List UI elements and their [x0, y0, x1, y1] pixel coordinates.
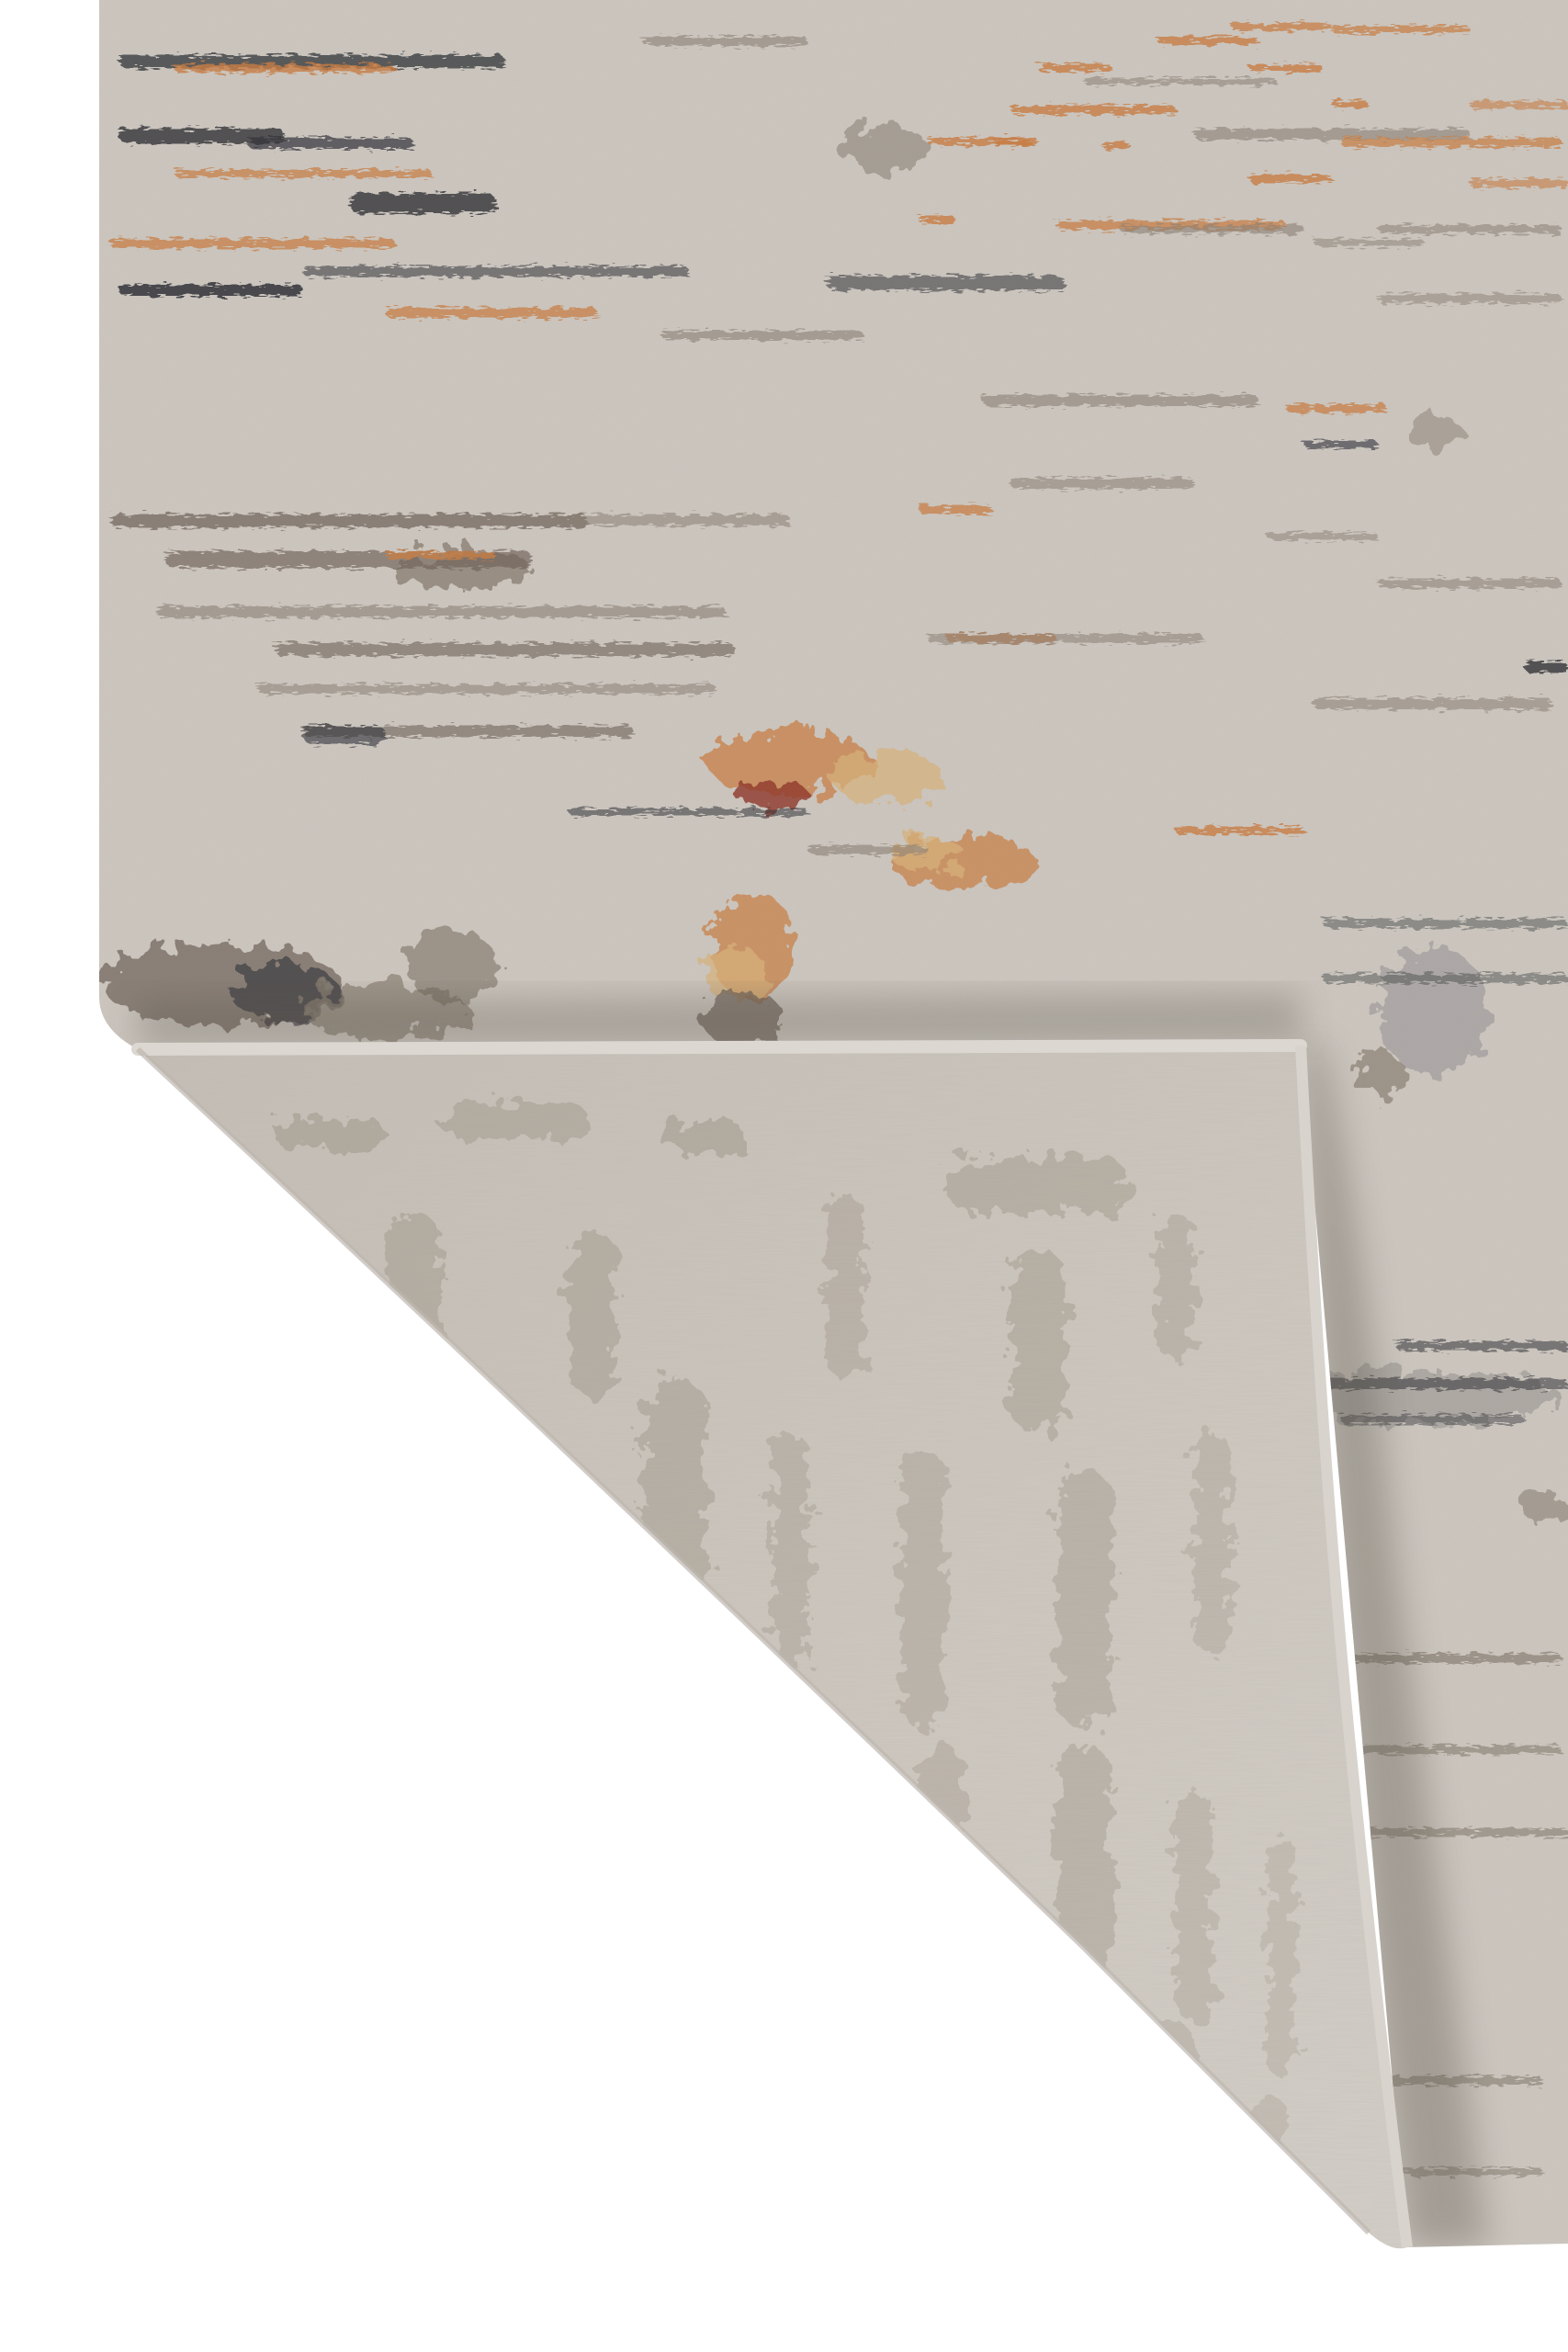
pattern-streak — [570, 808, 808, 816]
pattern-streak — [1378, 294, 1562, 303]
back-weave-mark — [827, 1194, 863, 1378]
pattern-blotch — [1378, 946, 1488, 1075]
pattern-blotch — [831, 749, 942, 804]
pattern-blotch — [836, 124, 928, 170]
pattern-streak — [303, 726, 386, 744]
pattern-streak — [661, 331, 863, 340]
pattern-streak — [1341, 138, 1562, 147]
pattern-streak — [1470, 101, 1568, 108]
pattern-streak — [1378, 225, 1562, 233]
back-weave-mark — [570, 1231, 615, 1396]
pattern-streak — [1157, 37, 1258, 44]
pattern-streak — [1010, 478, 1194, 489]
pattern-streak — [1121, 225, 1304, 233]
pattern-streak — [1323, 919, 1568, 928]
pattern-streak — [1102, 142, 1130, 149]
pattern-streak — [1249, 64, 1323, 72]
pattern-streak — [995, 140, 1032, 146]
back-weave-mark — [276, 1121, 386, 1148]
pattern-streak — [110, 239, 395, 248]
pattern-streak — [983, 395, 1258, 406]
pattern-streak — [1286, 404, 1387, 413]
pattern-streak — [1378, 579, 1562, 588]
pattern-blotch — [404, 928, 496, 1001]
pattern-blotch — [1520, 1493, 1566, 1521]
pattern-streak — [1470, 179, 1568, 187]
pattern-streak — [551, 514, 790, 526]
back-weave-mark — [1056, 1746, 1111, 2021]
pattern-streak — [1268, 533, 1378, 540]
pattern-streak — [1332, 26, 1470, 33]
pattern-streak — [827, 276, 1066, 290]
pattern-streak — [1249, 175, 1332, 183]
back-weave-mark — [643, 1378, 707, 1599]
pattern-streak — [1396, 1341, 1568, 1351]
pattern-blotch — [735, 780, 808, 809]
back-weave-mark — [1010, 1249, 1066, 1433]
pattern-streak — [919, 216, 955, 223]
back-weave-mark — [1249, 2095, 1286, 2205]
folded-rug-illustration — [0, 0, 1568, 2352]
pattern-blotch — [1405, 413, 1461, 450]
back-weave-mark — [900, 1452, 946, 1727]
pattern-streak — [1038, 64, 1111, 72]
back-weave-mark — [478, 1433, 533, 1617]
pattern-streak — [119, 285, 303, 296]
back-weave-mark — [1148, 2021, 1194, 2187]
pattern-streak — [643, 37, 808, 46]
pattern-streak — [156, 606, 726, 617]
pattern-streak — [276, 643, 735, 656]
back-weave-mark — [1194, 1433, 1231, 1654]
pattern-streak — [1084, 78, 1277, 85]
pattern-streak — [349, 193, 496, 213]
pattern-streak — [1304, 441, 1378, 448]
back-weave-mark — [919, 1746, 964, 1984]
back-weave-mark — [1056, 1470, 1111, 1727]
pattern-streak — [1231, 23, 1332, 30]
pattern-streak — [257, 684, 716, 694]
pattern-streak — [1314, 239, 1424, 246]
pattern-streak — [386, 308, 597, 318]
pattern-streak — [175, 64, 395, 73]
pattern-streak — [1176, 827, 1304, 834]
pattern-streak — [110, 514, 588, 527]
back-weave-mark — [661, 1121, 744, 1153]
pattern-streak — [1332, 101, 1369, 107]
pattern-streak — [386, 551, 496, 559]
back-weave-mark — [441, 1102, 588, 1139]
pattern-streak — [1314, 698, 1552, 709]
back-weave-mark — [946, 1158, 1130, 1213]
pattern-streak — [1010, 106, 1176, 114]
back-weave-mark — [1268, 1837, 1295, 2076]
back-weave-mark — [772, 1433, 808, 1672]
back-weave-mark — [1176, 1792, 1213, 2021]
pattern-streak — [919, 505, 992, 514]
pattern-streak — [175, 170, 432, 177]
pattern-streak — [1323, 974, 1568, 983]
pattern-streak — [1525, 661, 1568, 673]
pattern-streak — [928, 634, 1203, 643]
pattern-streak — [248, 138, 413, 149]
back-weave-mark — [1157, 1213, 1194, 1360]
pattern-streak — [808, 845, 928, 854]
pattern-streak — [303, 266, 689, 277]
product-photo — [0, 0, 1568, 2352]
